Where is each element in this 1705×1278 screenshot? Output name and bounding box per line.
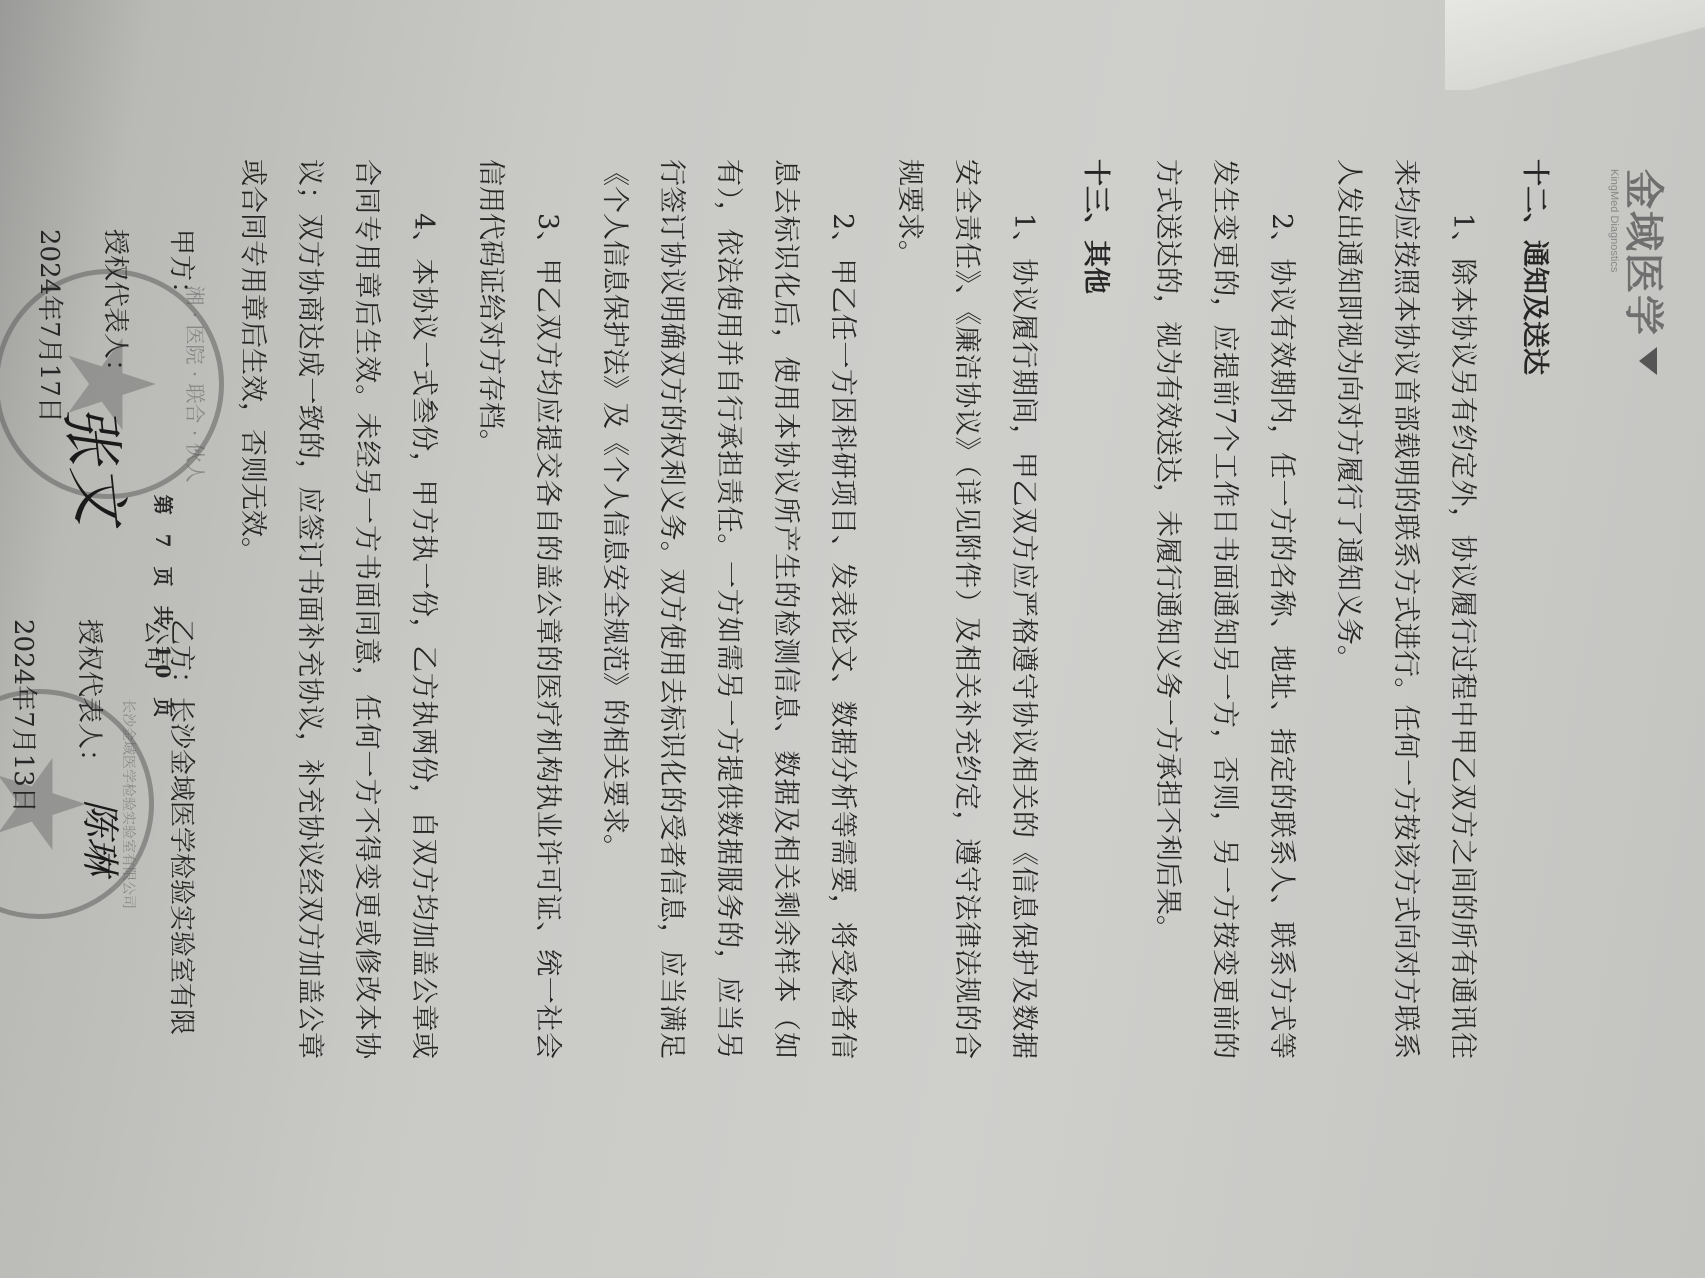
section-heading-other: 十三、其他: [1082, 159, 1109, 1059]
document-body: 十二、通知及送达 1、除本协议另有约定外，协议履行过程中甲乙双方之间的所有通讯往…: [0, 159, 1548, 1059]
company-logo: 金域医学 KingMed Diagnostics: [1608, 169, 1663, 337]
party-b-handwritten-signature: 陈琳: [81, 799, 119, 875]
clause-13-1: 1、协议履行期间，甲乙双方应严格遵守协议相关的《信息保护及数据安全责任》、《廉洁…: [881, 159, 1052, 1059]
document-page: 金域医学 KingMed Diagnostics 十二、通知及送达 1、除本协议…: [83, 49, 1703, 1169]
clause-13-2: 2、甲乙任一方因科研项目、发表论文、数据分析等需要，将受检者信息去标识化后，使用…: [586, 159, 871, 1059]
clause-12-2: 2、协议有效期内，任一方的名称、地址、指定的联系人、联系方式等发生变更的，应提前…: [1139, 159, 1310, 1059]
clause-13-3: 3、甲乙双方均应提交各自的盖公章的医疗机构执业许可证、统一社会信用代码证给对方存…: [462, 159, 576, 1059]
logo-name: 金域医学: [1623, 169, 1663, 337]
party-a-date: 2024年7月17日: [36, 229, 62, 423]
logo-triangle-icon: [1639, 347, 1657, 375]
party-a-rep-label: 授权代表人：: [102, 229, 128, 423]
logo-subtitle: KingMed Diagnostics: [1608, 169, 1619, 337]
clause-12-1: 1、除本协议另有约定外，协议履行过程中甲乙双方之间的所有通讯往来均应按照本协议首…: [1320, 159, 1491, 1059]
section-heading-notice: 十二、通知及送达: [1521, 159, 1548, 1059]
party-b-date: 2024年7月13日: [10, 619, 36, 1059]
party-a-handwritten-signature: 张文: [57, 401, 129, 527]
page-number: 第 7 页 共 10 页: [153, 49, 173, 1169]
clause-13-4: 4、本协议一式叁份，甲方执一份，乙方执两份，自双方均加盖公章或合同专用章后生效。…: [224, 159, 452, 1059]
